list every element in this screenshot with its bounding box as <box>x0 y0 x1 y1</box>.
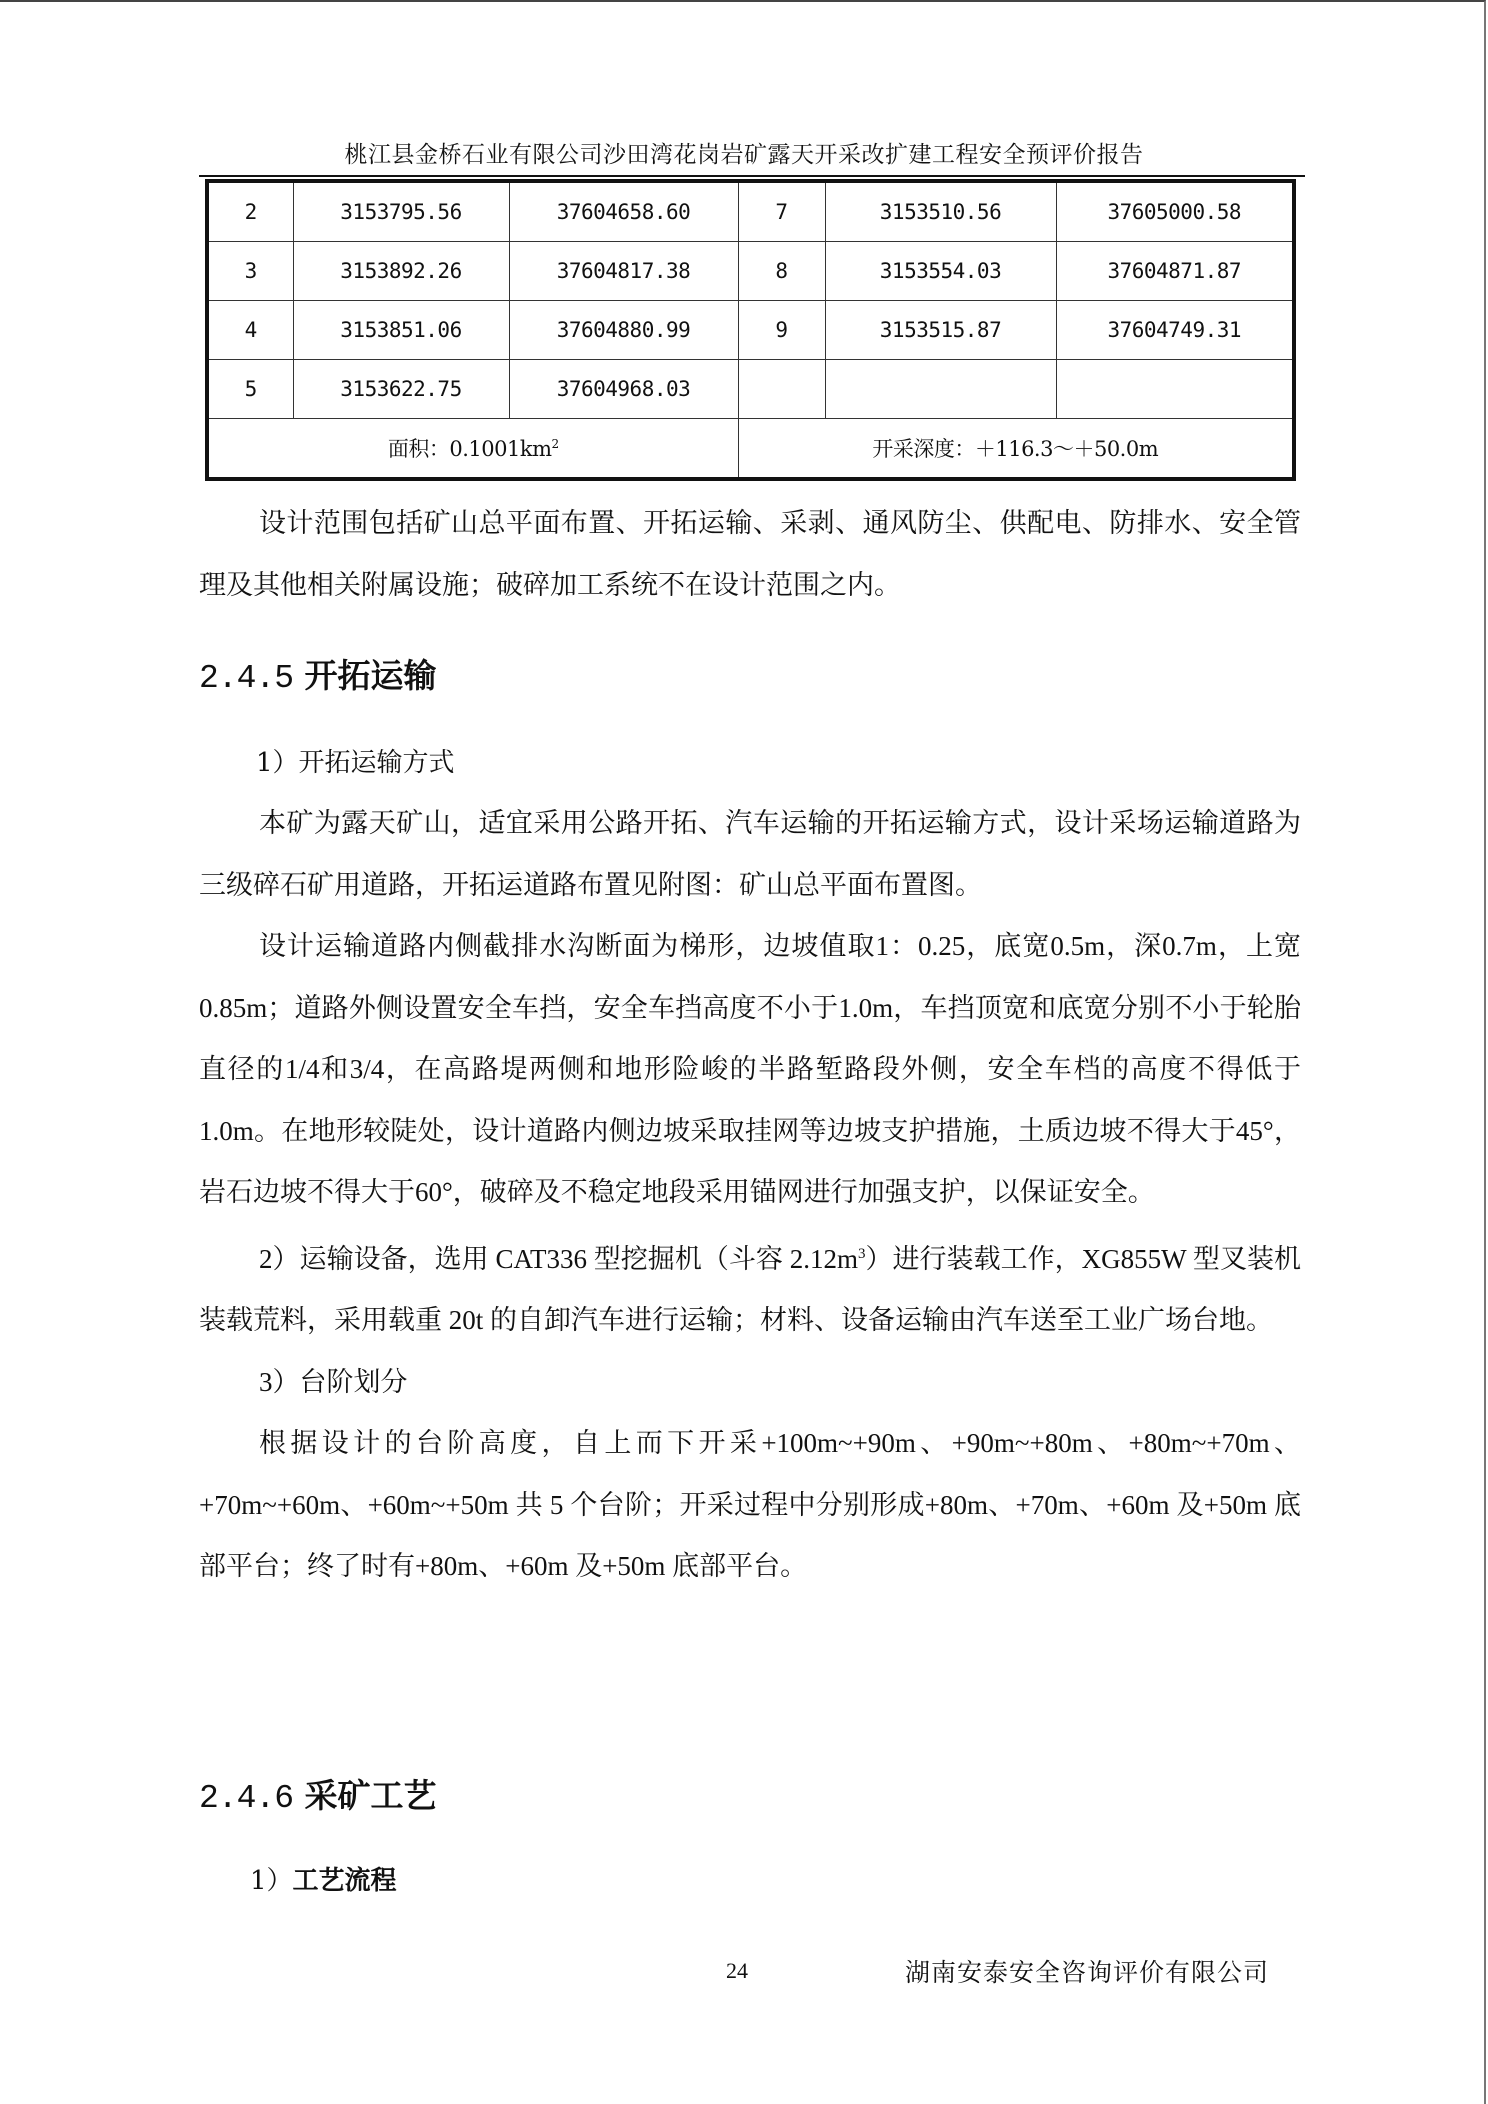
subsection-process-flow: 1）工艺流程 <box>250 1860 397 1897</box>
section-title: 开拓运输 <box>305 656 437 695</box>
point-number: 2 <box>207 181 293 242</box>
section-number: 2.4.6 <box>199 1780 293 1817</box>
boundary-coordinate-table: 2 3153795.56 37604658.60 7 3153510.56 37… <box>205 179 1296 481</box>
header-rule <box>199 175 1305 177</box>
x-coordinate: 3153851.06 <box>293 301 509 360</box>
y-coordinate: 37604880.99 <box>509 301 738 360</box>
paragraph-transport-mode: 本矿为露天矿山，适宜采用公路开拓、汽车运输的开拓运输方式，设计采场运输道路为三级… <box>199 793 1301 916</box>
subsection-number: 1） <box>250 1866 293 1896</box>
x-coordinate: 3153510.56 <box>825 181 1056 242</box>
section-title: 采矿工艺 <box>305 1776 437 1815</box>
point-number: 3 <box>207 242 293 301</box>
area-superscript: 2 <box>551 437 558 451</box>
footer-company-name: 湖南安泰安全咨询评价有限公司 <box>905 1953 1269 1989</box>
y-coordinate: 37604817.38 <box>509 242 738 301</box>
y-coordinate: 37604658.60 <box>509 181 738 242</box>
paragraph-transport-equipment: 2）运输设备，选用 CAT336 型挖掘机（斗容 2.12m3）进行装载工作，X… <box>199 1224 1301 1352</box>
y-coordinate <box>1056 360 1294 419</box>
y-coordinate: 37604871.87 <box>1056 242 1294 301</box>
document-page: 桃江县金桥石业有限公司沙田湾花岗岩矿露天开采改扩建工程安全预评价报告 2 315… <box>0 0 1486 2104</box>
table-row: 5 3153622.75 37604968.03 <box>207 360 1294 419</box>
point-number: 9 <box>738 301 825 360</box>
x-coordinate: 3153795.56 <box>293 181 509 242</box>
subsection-development-method: 1）开拓运输方式 <box>256 742 455 779</box>
section-2-4-5-body: 本矿为露天矿山，适宜采用公路开拓、汽车运输的开拓运输方式，设计采场运输道路为三级… <box>199 793 1301 1598</box>
area-label: 面积：0.1001km <box>388 437 552 461</box>
point-number: 7 <box>738 181 825 242</box>
mining-depth-cell: 开采深度：＋116.3～＋50.0m <box>738 419 1294 480</box>
section-heading-2-4-5: 2.4.5 开拓运输 <box>199 650 437 697</box>
page-number: 24 <box>726 1958 748 1984</box>
paragraph-road-drainage: 设计运输道路内侧截排水沟断面为梯形，边坡值取1：0.25，底宽0.5m，深0.7… <box>199 916 1301 1224</box>
scope-paragraph-block: 设计范围包括矿山总平面布置、开拓运输、采剥、通风防尘、供配电、防排水、安全管理及… <box>199 493 1301 616</box>
section-heading-2-4-6: 2.4.6 采矿工艺 <box>199 1770 437 1817</box>
x-coordinate: 3153515.87 <box>825 301 1056 360</box>
equipment-text-pre: 2）运输设备，选用 CAT336 型挖掘机（斗容 2.12m <box>259 1244 858 1274</box>
point-number: 8 <box>738 242 825 301</box>
table-row: 4 3153851.06 37604880.99 9 3153515.87 37… <box>207 301 1294 360</box>
x-coordinate <box>825 360 1056 419</box>
y-coordinate: 37604968.03 <box>509 360 738 419</box>
point-number: 4 <box>207 301 293 360</box>
table-row: 2 3153795.56 37604658.60 7 3153510.56 37… <box>207 181 1294 242</box>
subsection-bench-division: 3）台阶划分 <box>199 1352 1301 1414</box>
x-coordinate: 3153892.26 <box>293 242 509 301</box>
point-number <box>738 360 825 419</box>
table-summary-row: 面积：0.1001km2 开采深度：＋116.3～＋50.0m <box>207 419 1294 480</box>
subsection-title: 工艺流程 <box>293 1866 397 1896</box>
area-cell: 面积：0.1001km2 <box>207 419 738 480</box>
y-coordinate: 37605000.58 <box>1056 181 1294 242</box>
section-number: 2.4.5 <box>199 660 293 697</box>
x-coordinate: 3153554.03 <box>825 242 1056 301</box>
x-coordinate: 3153622.75 <box>293 360 509 419</box>
table-row: 3 3153892.26 37604817.38 8 3153554.03 37… <box>207 242 1294 301</box>
scope-paragraph: 设计范围包括矿山总平面布置、开拓运输、采剥、通风防尘、供配电、防排水、安全管理及… <box>199 493 1301 616</box>
paragraph-bench-division: 根据设计的台阶高度，自上而下开采+100m~+90m、+90m~+80m、+80… <box>199 1413 1301 1598</box>
y-coordinate: 37604749.31 <box>1056 301 1294 360</box>
running-header-title: 桃江县金桥石业有限公司沙田湾花岗岩矿露天开采改扩建工程安全预评价报告 <box>0 136 1488 169</box>
point-number: 5 <box>207 360 293 419</box>
